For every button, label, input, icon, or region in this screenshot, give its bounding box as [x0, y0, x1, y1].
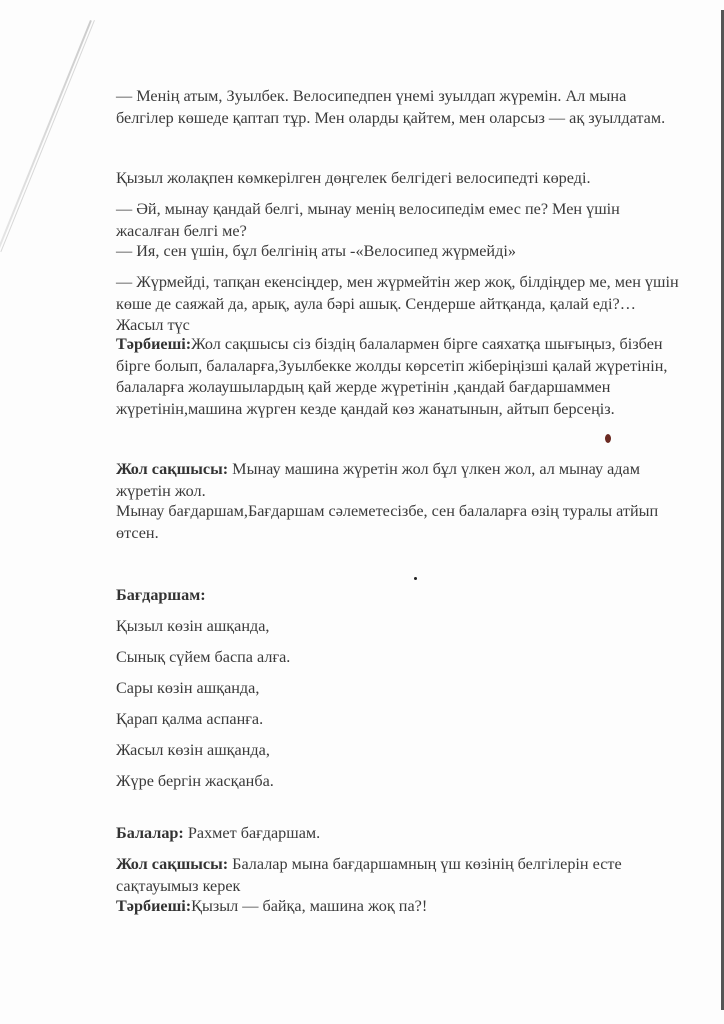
ink-dot — [414, 577, 417, 580]
paragraph-3: — Әй, мынау қандай белгі, мынау менің ве… — [116, 199, 686, 242]
poem-speaker: Бағдаршам: — [116, 585, 686, 607]
paragraph-text: Рахмет бағдаршам. — [184, 824, 320, 842]
paragraph-7: Жол сақшысы: Мынау машина жүретін жол бұ… — [116, 459, 686, 502]
speaker-label: Тәрбиеші: — [116, 335, 191, 353]
poem-line: Сынық сүйем баспа алға. — [116, 647, 686, 669]
paragraph-4: — Ия, сен үшін, бұл белгінің аты -«Велос… — [116, 241, 686, 263]
closing-3: Тәрбиеші:Қызыл — байқа, машина жоқ па?! — [116, 896, 686, 918]
closing-1: Балалар: Рахмет бағдаршам. — [116, 823, 686, 845]
speaker-label: Балалар: — [116, 824, 184, 842]
closing-2: Жол сақшысы: Балалар мына бағдаршамның ү… — [116, 854, 686, 897]
speaker-label: Бағдаршам: — [116, 586, 206, 604]
poem-line: Қарап қалма аспанға. — [116, 709, 686, 731]
page-fold-line — [0, 20, 95, 252]
paragraph-text: Жол сақшысы сіз біздің балалармен бірге … — [116, 335, 667, 418]
paragraph-2: Қызыл жолақпен көмкерілген дөңгелек белг… — [116, 168, 686, 190]
speaker-label: Жол сақшысы: — [116, 460, 228, 478]
paragraph-1: — Менің атым, Зуылбек. Велосипедпен үнем… — [116, 86, 686, 129]
poem-line: Жасыл көзін ашқанда, — [116, 740, 686, 762]
poem-line: Сары көзін ашқанда, — [116, 678, 686, 700]
paragraph-5: — Жүрмейді, тапқан екенсіңдер, мен жүрме… — [116, 272, 686, 337]
poem-line: Жүре бергін жасқанба. — [116, 771, 686, 793]
paragraph-6: Тәрбиеші:Жол сақшысы сіз біздің балаларм… — [116, 334, 686, 420]
speaker-label: Тәрбиеші: — [116, 897, 191, 915]
paragraph-8: Мынау бағдаршам,Бағдаршам сәлеметесізбе,… — [116, 501, 686, 544]
speaker-label: Жол сақшысы: — [116, 855, 228, 873]
scanned-page: — Менің атым, Зуылбек. Велосипедпен үнем… — [0, 0, 724, 1024]
paragraph-text: Қызыл — байқа, машина жоқ па?! — [191, 897, 427, 915]
ink-spot — [605, 434, 611, 443]
poem-line: Қызыл көзін ашқанда, — [116, 616, 686, 638]
